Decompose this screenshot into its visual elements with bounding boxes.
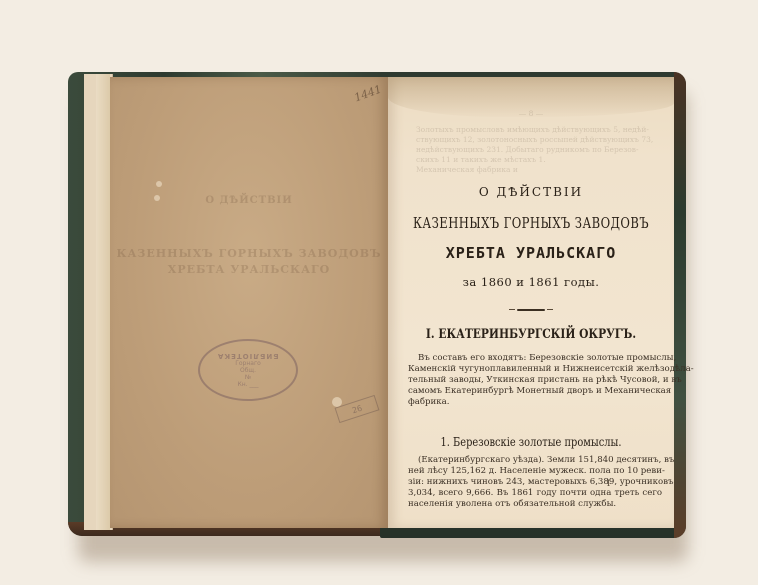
stamp-line: № (245, 374, 251, 381)
bleed-line: скихъ 11 и такихъ же мѣстахъ 1. (416, 155, 656, 165)
text-line: зіи: нижнихъ чиновъ 243, мастеровыхъ 6,3… (408, 477, 662, 488)
pencil-note: 1441 (353, 83, 384, 105)
text-line: населенія уволена отъ обязательной служб… (408, 499, 662, 510)
signature-mark: 1 (606, 479, 611, 488)
section-intro: Въ составъ его входятъ: Березовскіе золо… (408, 353, 662, 408)
ornament-rule (517, 309, 545, 311)
bleed-line: недѣйствующихъ 231. Добытаго рудникомъ п… (416, 145, 656, 155)
subsection-body: (Екатеринбургскаго уѣзда). Земли 151,840… (408, 455, 662, 510)
endpaper-fold (96, 74, 110, 530)
ghost-text: КАЗЕННЫХЪ ГОРНЫХЪ ЗАВОДОВЪ (110, 247, 388, 260)
bleed-line: ствующихъ 12, золотоносныхъ россыпей дѣй… (416, 135, 656, 145)
right-page: — 8 — Золотыхъ промысловъ имѣющихъ дѣйст… (388, 77, 674, 528)
title-line-1: О ДѢЙСТВІИ (388, 185, 674, 199)
stamp-line: Кн. ___ (238, 381, 259, 388)
ghost-text: ХРЕБТА УРАЛЬСКАГО (110, 263, 388, 276)
title-line-4: за 1860 и 1861 годы. (388, 275, 674, 289)
library-stamp: БИБЛІОТЕКА Горнаго Общ. № Кн. ___ (198, 339, 298, 401)
stamp-line: Общ. (240, 367, 256, 374)
title-line-3: ХРЕБТА УРАЛЬСКАГО (388, 244, 674, 262)
text-line: Въ составъ его входятъ: Березовскіе золо… (408, 353, 662, 364)
bleed-page-number: — 8 — (388, 109, 674, 119)
text-line: 3,034, всего 9,666. Въ 1861 году почти о… (408, 488, 662, 499)
subsection-heading: 1. Березовскіе золотые промыслы. (414, 435, 649, 449)
text-line: (Екатеринбургскаго уѣзда). Земли 151,840… (408, 455, 662, 466)
ghost-text: О ДѢЙСТВІИ (110, 195, 388, 206)
left-page: 1441 О ДѢЙСТВІИ КАЗЕННЫХЪ ГОРНЫХЪ ЗАВОДО… (110, 77, 388, 528)
bleed-line: Золотыхъ промысловъ имѣющихъ дѣйствующих… (416, 125, 656, 135)
text-line: Каменскій чугуноплавиленный и Нижнеисетс… (408, 364, 662, 375)
stamp-title: БИБЛІОТЕКА (217, 352, 279, 360)
book-scan: 1441 О ДѢЙСТВІИ КАЗЕННЫХЪ ГОРНЫХЪ ЗАВОДО… (0, 0, 758, 585)
water-spot (156, 181, 162, 187)
text-line: ней лѣсу 125,162 д. Населеніе мужеск. по… (408, 466, 662, 477)
text-line: самомъ Екатеринбургѣ Монетный дворъ и Ме… (408, 386, 662, 397)
title-line-2: КАЗЕННЫХЪ ГОРНЫХЪ ЗАВОДОВЪ (408, 214, 654, 232)
stamp-line: Горнаго (235, 360, 261, 367)
text-line: фабрика. (408, 397, 662, 408)
bleed-line: Механическая фабрика и (416, 165, 656, 175)
section-heading: I. ЕКАТЕРИНБУРГСКІЙ ОКРУГЪ. (414, 327, 649, 342)
text-line: тельный заводы, Уткинская пристань на рѣ… (408, 375, 662, 386)
